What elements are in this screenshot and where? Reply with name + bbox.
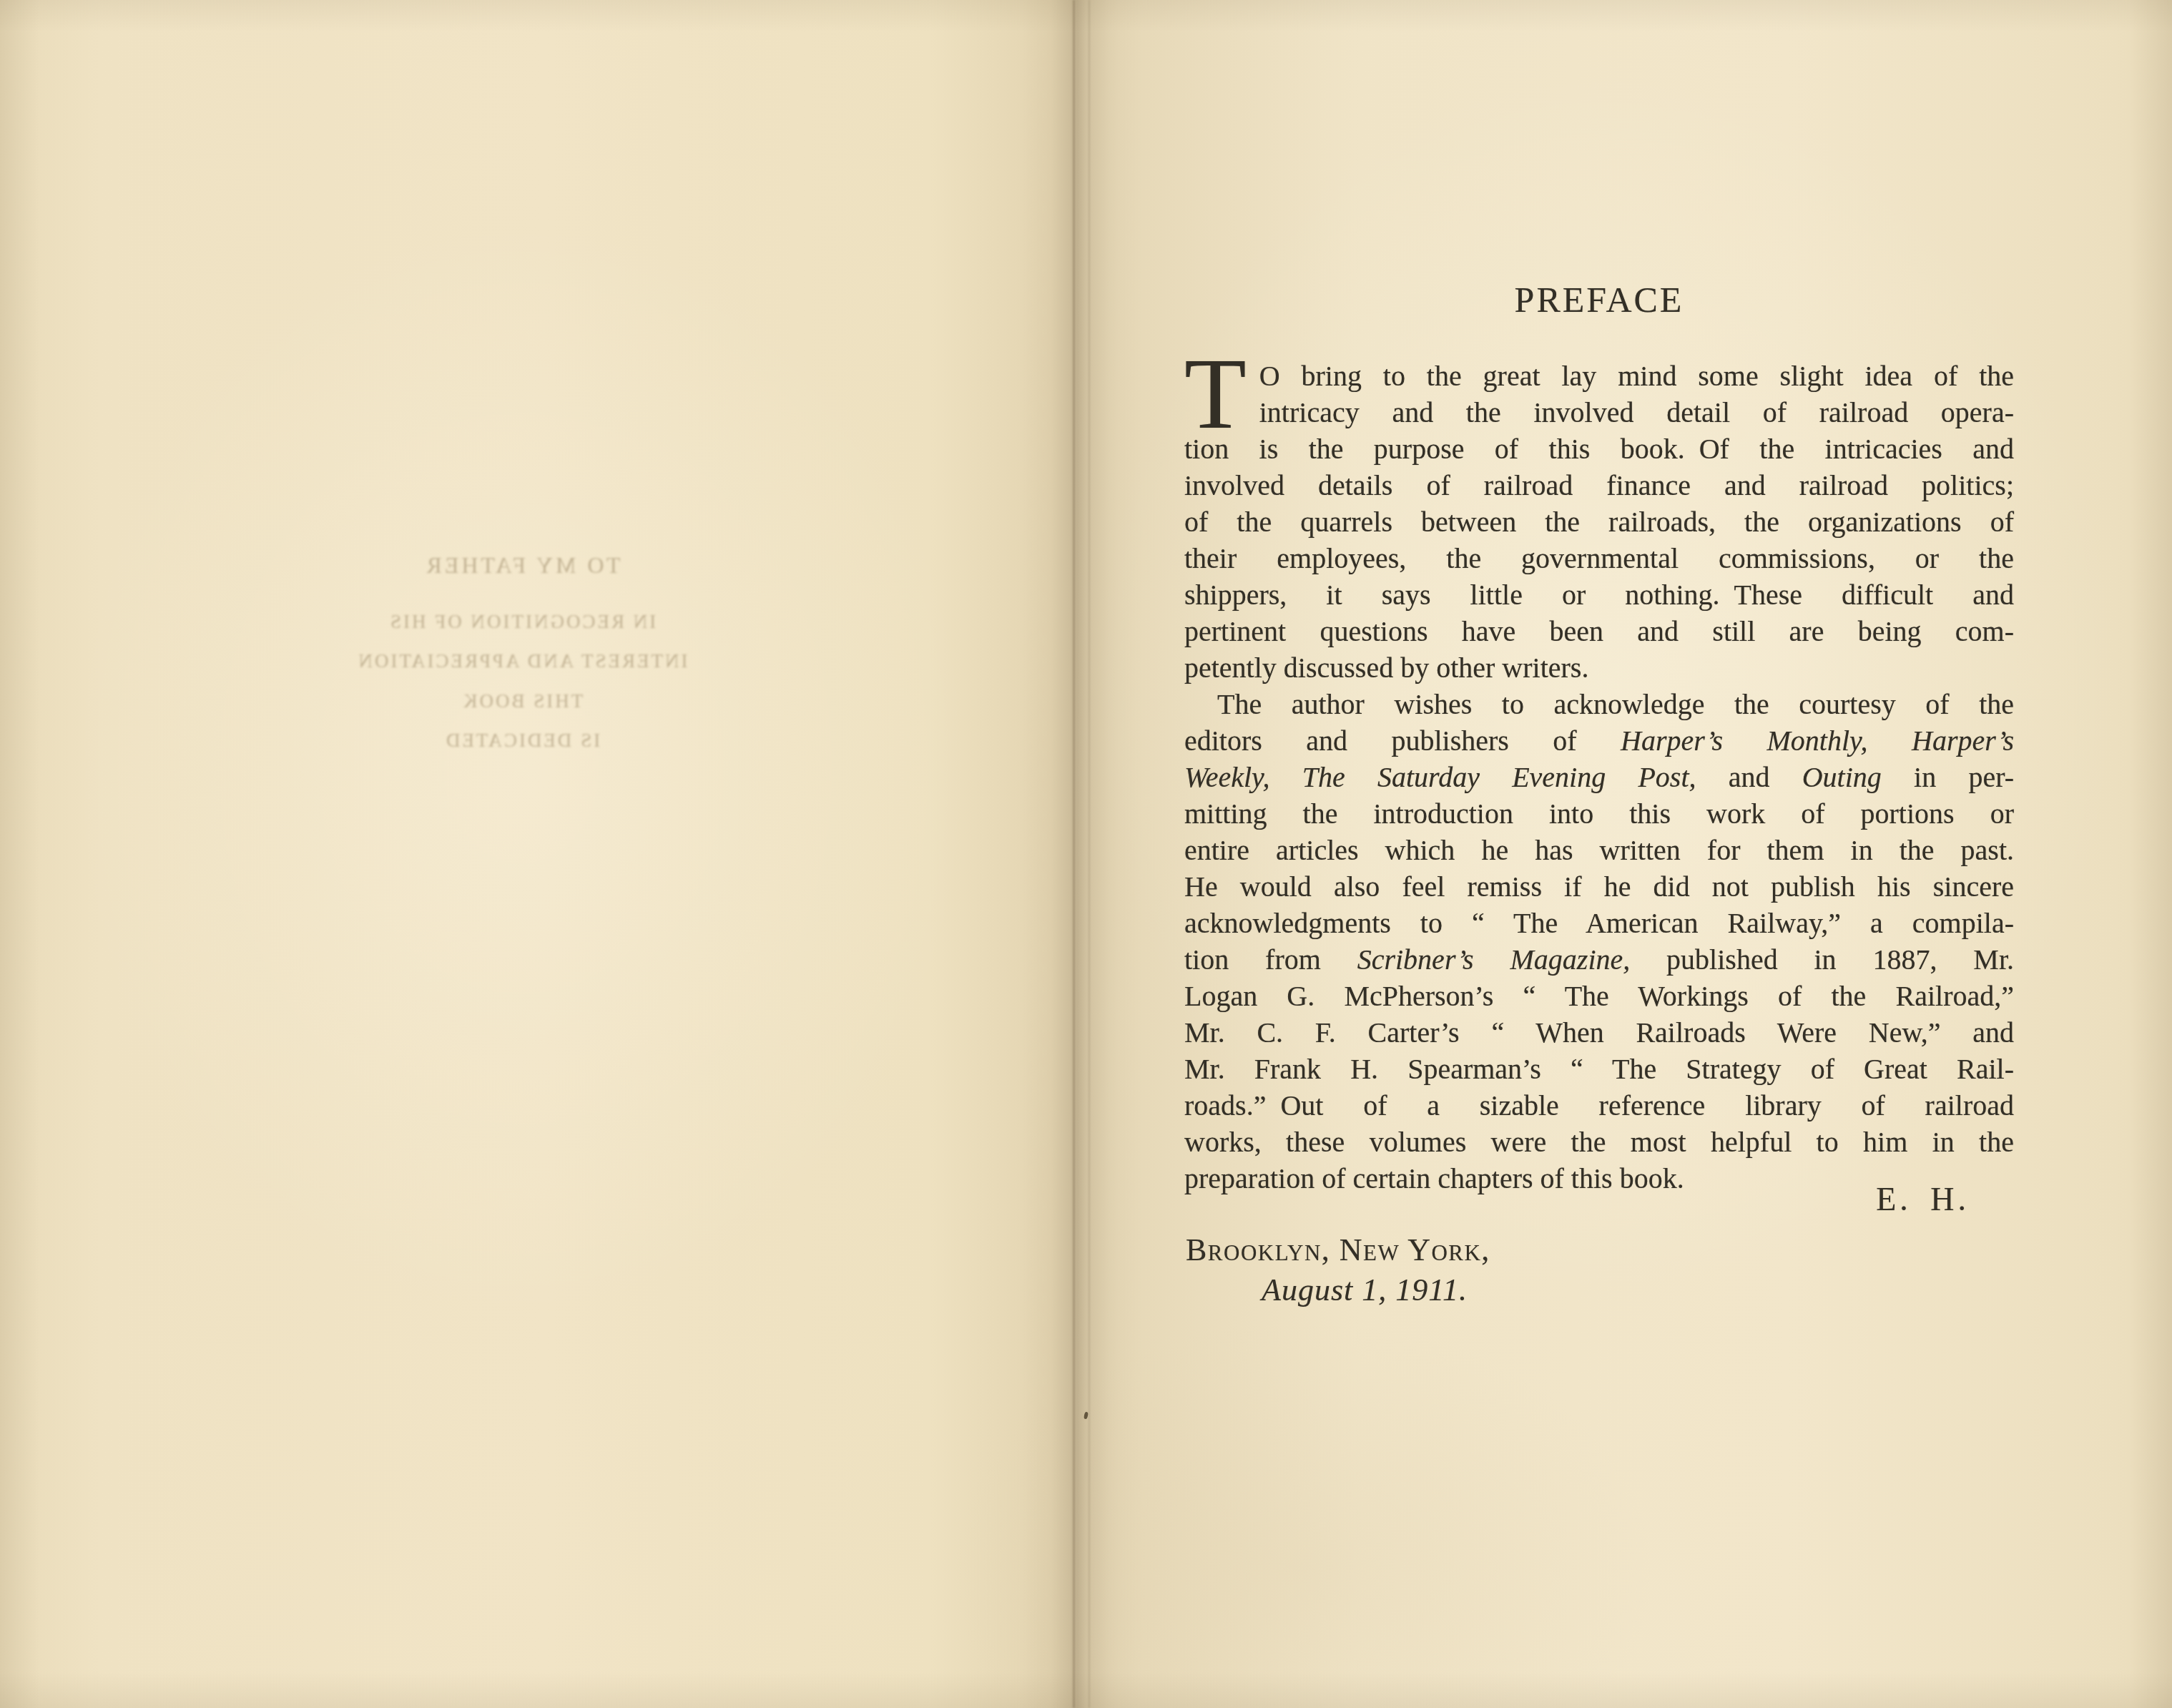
text-line: works, these volumes were the most helpf… (1184, 1124, 2014, 1160)
showthrough-line: TO MY FATHER (286, 552, 758, 579)
showthrough-line: THIS BOOK (286, 690, 758, 712)
showthrough-line: IN RECOGNITION OF HIS (286, 611, 758, 633)
text-line: pertinent questions have been and still … (1184, 613, 2014, 649)
text-line: O bring to the great lay mind some sligh… (1184, 358, 2014, 394)
text-line: Mr. C. F. Carter’s “ When Railroads Were… (1184, 1014, 2014, 1051)
text-line: roads.” Out of a sizable reference libra… (1184, 1087, 2014, 1124)
text-line: The author wishes to acknowledge the cou… (1184, 686, 2014, 722)
text-line: Logan G. McPherson’s “ The Workings of t… (1184, 978, 2014, 1014)
text-line: He would also feel remiss if he did not … (1184, 868, 2014, 905)
spine-crease (1073, 0, 1075, 1708)
text-line: intricacy and the involved detail of rai… (1184, 394, 2014, 431)
page-title: PREFACE (1184, 279, 2014, 320)
text-line: of the quarrels between the railroads, t… (1184, 504, 2014, 540)
place-line: Brooklyn, New York, (1186, 1232, 1490, 1268)
date-line: August 1, 1911. (1262, 1272, 1468, 1308)
text-line: petently discussed by other writers. (1184, 649, 2014, 686)
text-line: Weekly, The Saturday Evening Post, and O… (1184, 759, 2014, 795)
book-spread: TO MY FATHERIN RECOGNITION OF HISINTERES… (0, 0, 2172, 1708)
text-line: tion from Scribner’s Magazine, published… (1184, 941, 2014, 978)
text-line: shippers, it says little or nothing. The… (1184, 576, 2014, 613)
text-line: editors and publishers of Harper’s Month… (1184, 722, 2014, 759)
drop-cap-letter: T (1184, 358, 1259, 429)
paper-speck (1083, 1412, 1089, 1420)
text-line: Mr. Frank H. Spearman’s “ The Strategy o… (1184, 1051, 2014, 1087)
text-line: tion is the purpose of this book. Of the… (1184, 431, 2014, 467)
text-line: entire articles which he has written for… (1184, 832, 2014, 868)
preface-body: T O bring to the great lay mind some sli… (1184, 358, 2014, 1197)
left-page: TO MY FATHERIN RECOGNITION OF HISINTERES… (0, 0, 1073, 1708)
spine-crease-secondary (1089, 0, 1090, 1708)
author-initials: E. H. (1184, 1180, 2014, 1218)
text-line: acknowledgments to “ The American Railwa… (1184, 905, 2014, 941)
text-line: mitting the introduction into this work … (1184, 795, 2014, 832)
text-line: involved details of railroad finance and… (1184, 467, 2014, 504)
showthrough-dedication: TO MY FATHERIN RECOGNITION OF HISINTERES… (286, 552, 758, 774)
text-line: their employees, the governmental commis… (1184, 540, 2014, 576)
showthrough-line: IS DEDICATED (286, 730, 758, 752)
showthrough-line: INTEREST AND APPRECIATION (286, 650, 758, 672)
